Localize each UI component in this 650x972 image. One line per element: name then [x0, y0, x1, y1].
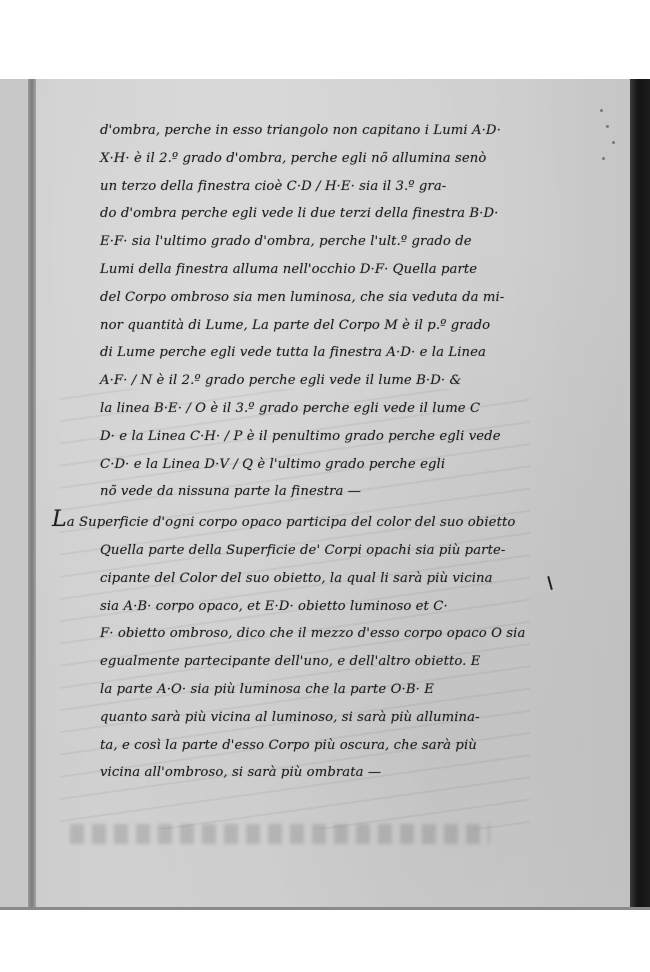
handwritten-text: d'ombra, perche in esso triangolo non ca… — [52, 117, 522, 787]
text-line: nõ vede da nissuna parte la finestra — — [52, 478, 522, 506]
paragraph-heading-line: La Superficie d'ogni corpo opaco partici… — [52, 506, 522, 537]
text-line: d'ombra, perche in esso triangolo non ca… — [52, 117, 522, 145]
text-line: ta, e così la parte d'esso Corpo più osc… — [52, 732, 522, 760]
book-edge-shadow — [630, 79, 650, 910]
text-line: D· e la Linea C·H· / P è il penultimo gr… — [52, 423, 522, 451]
paper-speck — [600, 109, 603, 112]
text-line: cipante del Color del suo obietto, la qu… — [52, 565, 522, 593]
text-line: F· obietto ombroso, dico che il mezzo d'… — [52, 620, 522, 648]
text-line: C·D· e la Linea D·V / Q è l'ultimo grado… — [52, 451, 522, 479]
page-bottom-edge — [0, 907, 650, 910]
text-line: E·F· sia l'ultimo grado d'ombra, perche … — [52, 228, 522, 256]
text-line: quanto sarà più vicina al luminoso, si s… — [52, 704, 522, 732]
text-line: sia A·B· corpo opaco, et E·D· obietto lu… — [52, 593, 522, 621]
text-line: Quella parte della Superficie de' Corpi … — [52, 537, 522, 565]
text-line: la parte A·O· sia più luminosa che la pa… — [52, 676, 522, 704]
text-line: di Lume perche egli vede tutta la finest… — [52, 339, 522, 367]
paper-speck — [612, 141, 615, 144]
text-line: A·F· / N è il 2.º grado perche egli vede… — [52, 367, 522, 395]
text-line: la linea B·E· / O è il 3.º grado perche … — [52, 395, 522, 423]
page-fold-line — [28, 79, 36, 910]
text-line: vicina all'ombroso, si sarà più ombrata … — [52, 759, 522, 787]
text-line: del Corpo ombroso sia men luminosa, che … — [52, 284, 522, 312]
text-line: X·H· è il 2.º grado d'ombra, perche egli… — [52, 145, 522, 173]
paper-speck — [602, 157, 605, 160]
text-line: Lumi della finestra alluma nell'occhio D… — [52, 256, 522, 284]
paper-speck — [606, 125, 609, 128]
faded-bottom-marks — [70, 824, 490, 844]
text-line: do d'ombra perche egli vede li due terzi… — [52, 200, 522, 228]
facing-page-edge — [0, 79, 28, 910]
manuscript-scan: d'ombra, perche in esso triangolo non ca… — [0, 79, 650, 910]
text-line: un terzo della finestra cioè C·D / H·E· … — [52, 173, 522, 201]
text-line: egualmente partecipante dell'uno, e dell… — [52, 648, 522, 676]
stray-ink-mark — [547, 576, 553, 590]
text-line: nor quantità di Lume, La parte del Corpo… — [52, 312, 522, 340]
